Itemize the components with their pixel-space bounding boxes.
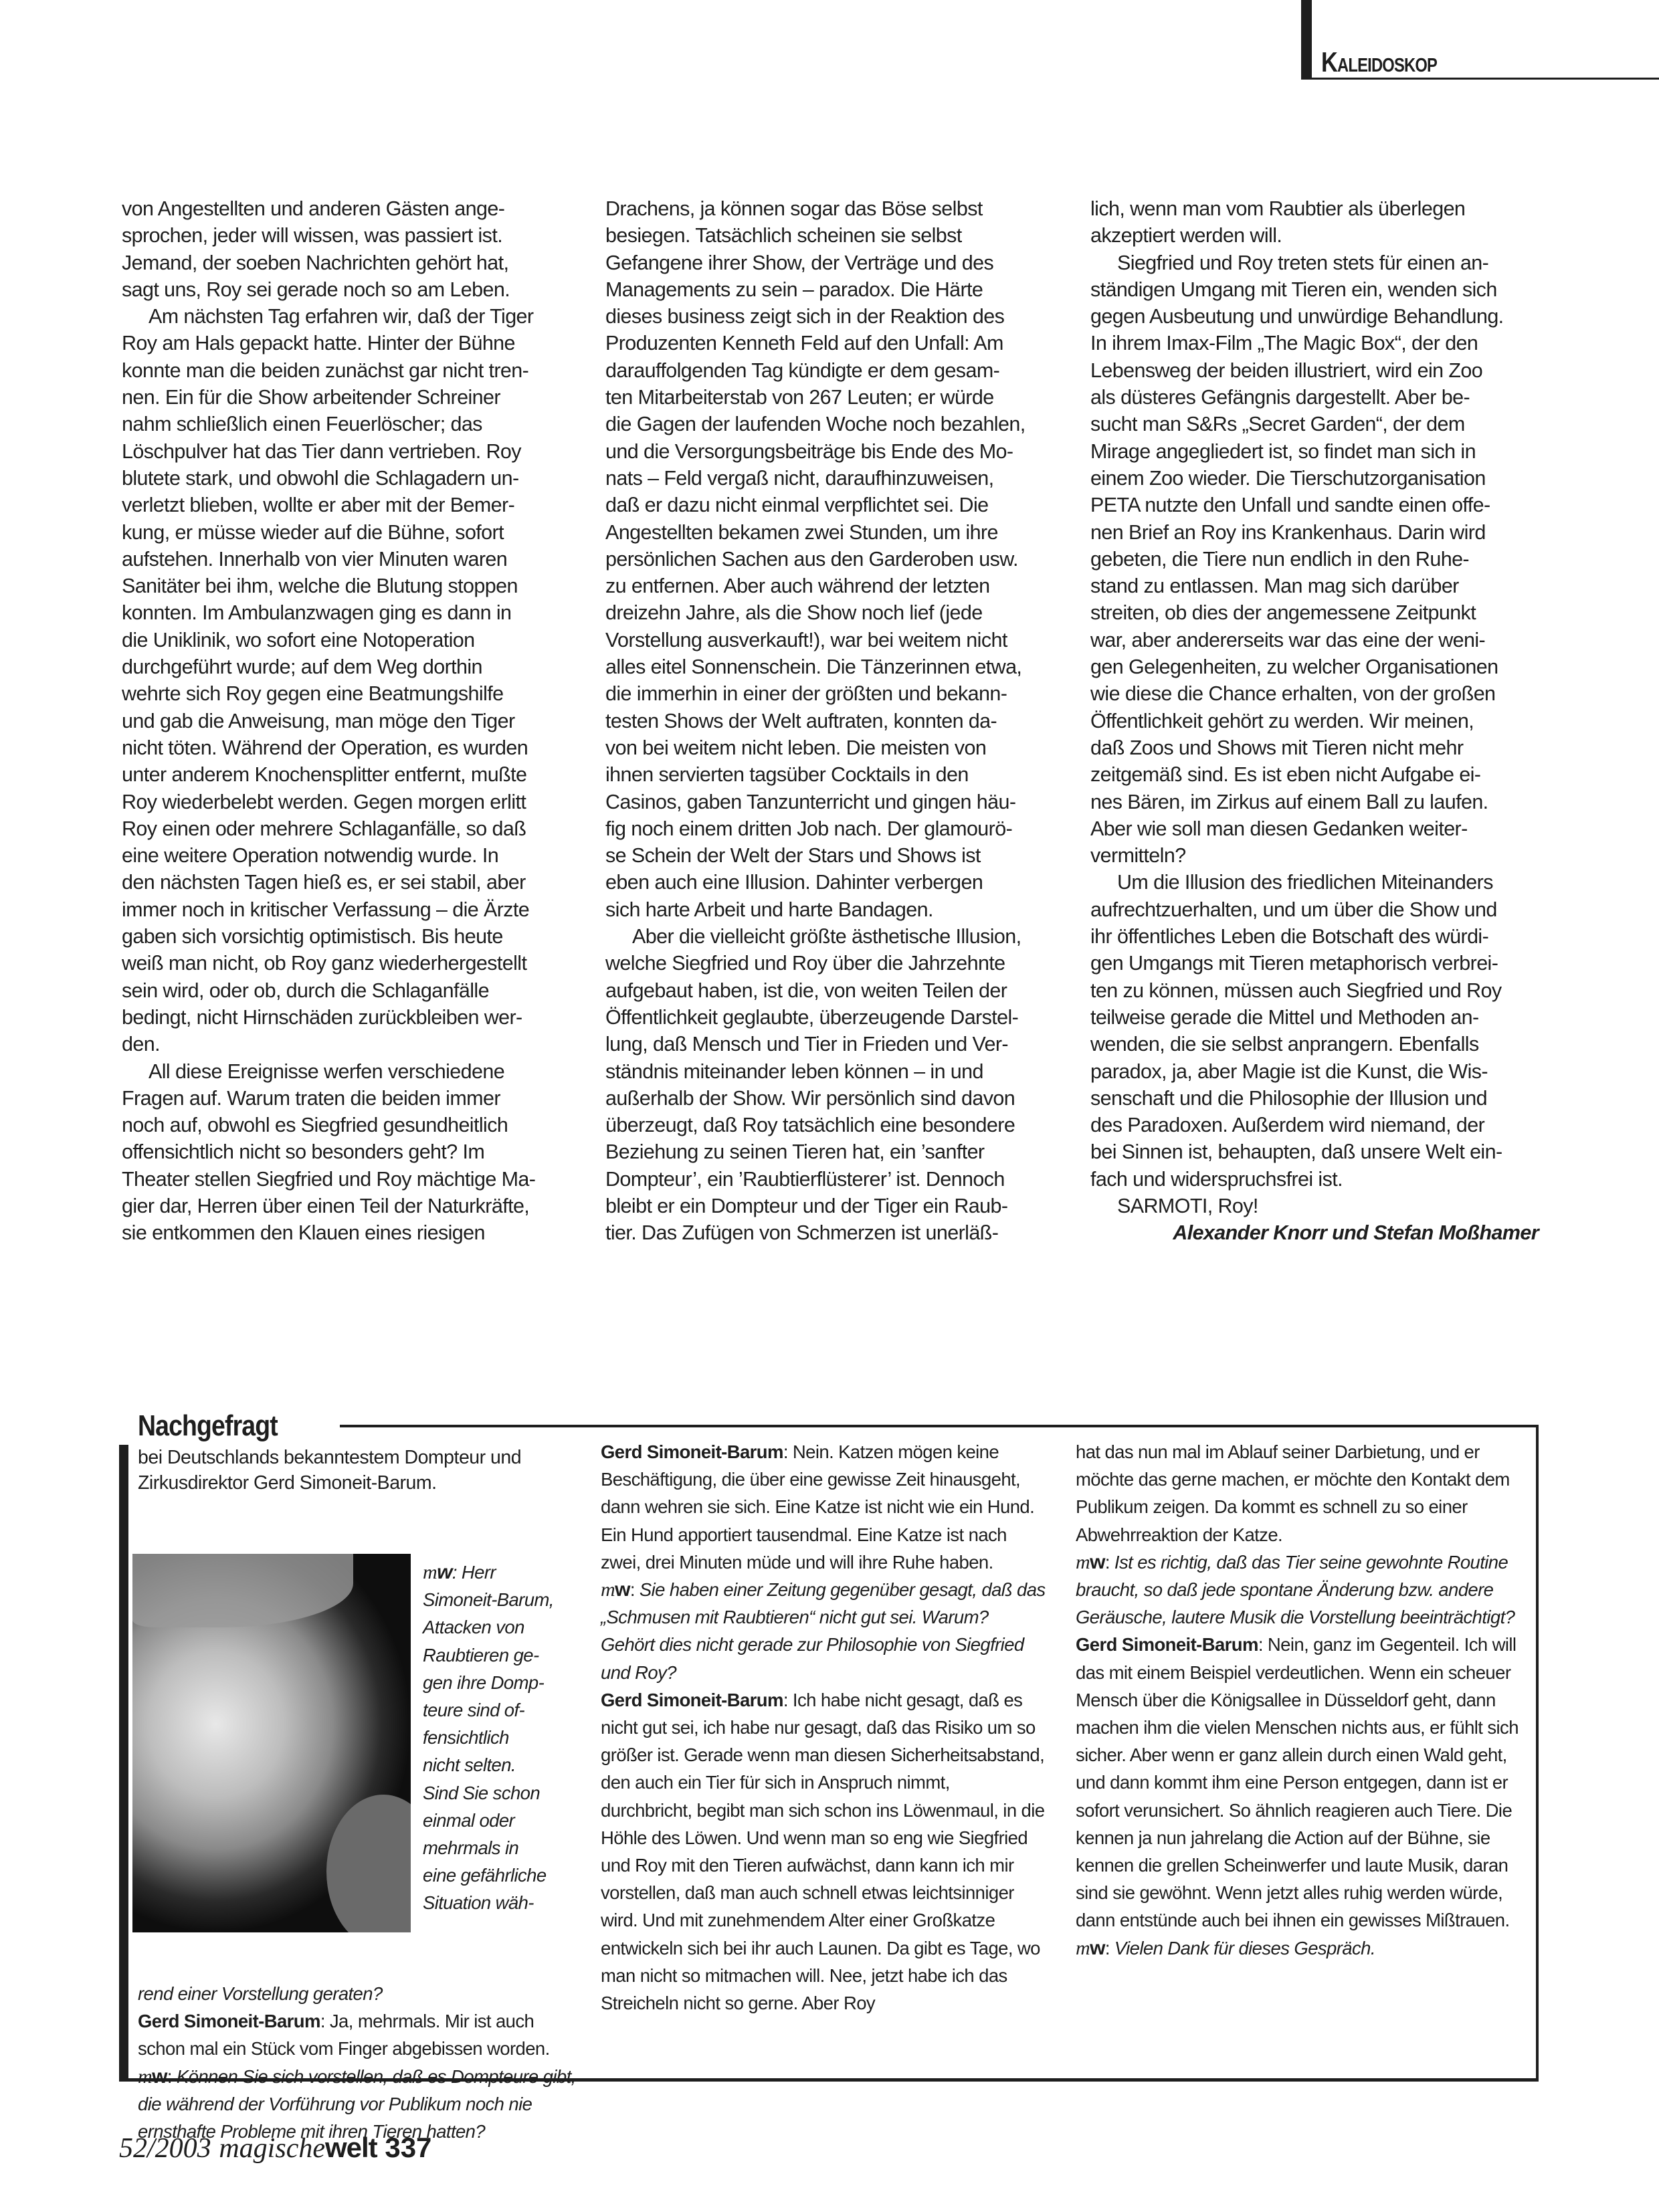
text-line: Roy am Hals gepackt hatte. Hinter der Bü… — [122, 330, 577, 357]
interview-answer-2: Gerd Simoneit-Barum: Nein. Katzen mögen … — [601, 1438, 1046, 1576]
interview-answer-4: Gerd Simoneit-Barum: Nein, ganz im Gegen… — [1076, 1631, 1521, 1934]
photo-hair-shape — [132, 1554, 353, 1627]
text-line: bei Sinnen ist, behaupten, daß unsere We… — [1090, 1138, 1552, 1165]
text-line: zeitgemäß sind. Es ist eben nicht Aufgab… — [1090, 761, 1552, 788]
text-line: offensichtlich nicht so besonders geht? … — [122, 1138, 577, 1165]
text-line: besiegen. Tatsächlich scheinen sie selbs… — [605, 222, 1060, 249]
text-line: sucht man S&Rs „Secret Garden“, der dem — [1090, 411, 1552, 437]
text-line: streiten, ob dies der angemessene Zeitpu… — [1090, 599, 1552, 626]
text-line: unter anderem Knochensplitter entfernt, … — [122, 761, 577, 788]
text-line: nats – Feld vergaß nicht, daraufhinzuwei… — [605, 465, 1060, 492]
interview-question-1-wrap: mw: HerrSimoneit-Barum,Attacken vonRaubt… — [423, 1559, 570, 1917]
interview-answer-3-tail: hat das nun mal im Ablauf seiner Darbiet… — [1076, 1438, 1521, 1548]
interview-subtitle: bei Deutschlands bekanntestem Dompteur u… — [138, 1445, 606, 1496]
text-line: nen. Ein für die Show arbeitender Schrei… — [122, 384, 577, 411]
text-line: vermitteln? — [1090, 842, 1552, 869]
text-line: war, aber andererseits war das eine der … — [1090, 627, 1552, 653]
text-line: Jemand, der soeben Nachrichten gehört ha… — [122, 249, 577, 276]
text-line: überzeugt, daß Roy tatsächlich eine beso… — [605, 1112, 1060, 1138]
text-line: bleibt er ein Dompteur und der Tiger ein… — [605, 1193, 1060, 1219]
text-line: gen Gelegenheiten, zu welcher Organisati… — [1090, 653, 1552, 680]
text-line: Casinos, gaben Tanzunterricht und gingen… — [605, 789, 1060, 815]
text-line: Dompteur’, ein ’Raubtierflüsterer’ ist. … — [605, 1166, 1060, 1193]
text-line: Angestellten bekamen zwei Stunden, um ih… — [605, 519, 1060, 546]
mw-label: mw — [423, 1562, 452, 1583]
text-line: von bei weitem nicht leben. Die meisten … — [605, 734, 1060, 761]
text-line: fig noch einem dritten Job nach. Der gla… — [605, 815, 1060, 842]
text-line: sich harte Arbeit und harte Bandagen. — [605, 896, 1060, 923]
text-line: sie entkommen den Klauen eines riesigen — [122, 1219, 577, 1246]
text-line: daß er dazu nicht einmal verpflichtet se… — [605, 492, 1060, 518]
section-header-bar — [1301, 0, 1312, 79]
text-line: Roy wiederbelebt werden. Gegen morgen er… — [122, 789, 577, 815]
text-line: SARMOTI, Roy! — [1090, 1193, 1552, 1219]
text-line: eine weitere Operation notwendig wurde. … — [122, 842, 577, 869]
text-line: den nächsten Tagen hieß es, er sei stabi… — [122, 869, 577, 896]
text-line: außerhalb der Show. Wir persönlich sind … — [605, 1085, 1060, 1112]
article-paragraph: SARMOTI, Roy! — [1090, 1193, 1552, 1219]
text-line: Theater stellen Siegfried und Roy mächti… — [122, 1166, 577, 1193]
text-line: ihnen servierten tagsüber Cocktails in d… — [605, 761, 1060, 788]
text-line: lung, daß Mensch und Tier in Frieden und… — [605, 1031, 1060, 1058]
text-line: ihr öffentliches Leben die Botschaft des… — [1090, 923, 1552, 950]
speaker-name: Gerd Simoneit-Barum — [1076, 1634, 1258, 1655]
text-line: kung, er müsse wieder auf die Bühne, sof… — [122, 519, 577, 546]
interview-answer-1: Gerd Simoneit-Barum: Ja, mehrmals. Mir i… — [138, 2007, 579, 2062]
text-line: Managements zu sein – paradox. Die Härte — [605, 276, 1060, 303]
interview-box-right-border — [1536, 1425, 1539, 2082]
text-line: senschaft und die Philosophie der Illusi… — [1090, 1085, 1552, 1112]
text-line: Drachens, ja können sogar das Böse selbs… — [605, 195, 1060, 222]
text-line: bedingt, nicht Hirnschäden zurückbleiben… — [122, 1004, 577, 1031]
interview-question-4: mw: Ist es richtig, daß das Tier seine g… — [1076, 1548, 1521, 1631]
text-line: Aber wie soll man diesen Gedanken weiter… — [1090, 815, 1552, 842]
text-line: Roy einen oder mehrere Schlaganfälle, so… — [122, 815, 577, 842]
text-line: des Paradoxen. Außerdem wird niemand, de… — [1090, 1112, 1552, 1138]
article-paragraph: Am nächsten Tag erfahren wir, daß der Ti… — [122, 303, 577, 1058]
text-line: lich, wenn man vom Raubtier als überlege… — [1090, 195, 1552, 222]
text-line: konnten. Im Ambulanzwagen ging es dann i… — [122, 599, 577, 626]
text-line: dieses business zeigt sich in der Reakti… — [605, 303, 1060, 330]
text-line: nahm schließlich einen Feuerlöscher; das — [122, 411, 577, 437]
text-line: und die Versorgungsbeiträge bis Ende des… — [605, 438, 1060, 465]
text-line: immer noch in kritischer Verfassung – di… — [122, 896, 577, 923]
text-line: aufgebaut haben, ist die, von weiten Tei… — [605, 977, 1060, 1004]
article-column-3: lich, wenn man vom Raubtier als überlege… — [1090, 195, 1552, 1247]
article-paragraph: Drachens, ja können sogar das Böse selbs… — [605, 195, 1060, 923]
text-line: Öffentlichkeit gehört zu werden. Wir mei… — [1090, 708, 1552, 734]
text-line: zu entfernen. Aber auch während der letz… — [605, 573, 1060, 599]
interview-question-5: mw: Vielen Dank für dieses Gespräch. — [1076, 1934, 1521, 1962]
text-line: blutete stark, und obwohl die Schlagader… — [122, 465, 577, 492]
text-line: einem Zoo wieder. Die Tierschutzorganisa… — [1090, 465, 1552, 492]
text-line: die Gagen der laufenden Woche noch bezah… — [605, 411, 1060, 437]
article-paragraph: Siegfried und Roy treten stets für einen… — [1090, 249, 1552, 870]
text-line: noch auf, obwohl es Siegfried gesundheit… — [122, 1112, 577, 1138]
interview-question-3: mw: Sie haben einer Zeitung gegenüber ge… — [601, 1576, 1046, 1686]
article-paragraph: Um die Illusion des friedlichen Miteinan… — [1090, 869, 1552, 1193]
text-line: den. — [122, 1031, 577, 1058]
text-line: se Schein der Welt der Stars und Shows i… — [605, 842, 1060, 869]
text-line: welche Siegfried und Roy über die Jahrze… — [605, 950, 1060, 977]
issue-number: 52/2003 — [119, 2133, 211, 2164]
text-line: sagt uns, Roy sei gerade noch so am Lebe… — [122, 276, 577, 303]
text-line: alles eitel Sonnenschein. Die Tänzerinne… — [605, 653, 1060, 680]
text-line: Fragen auf. Warum traten die beiden imme… — [122, 1085, 577, 1112]
text-line: fach und widerspruchsfrei ist. — [1090, 1166, 1552, 1193]
text-line: wie diese die Chance erhalten, von der g… — [1090, 680, 1552, 707]
text-line: nes Bären, im Zirkus auf einem Ball zu l… — [1090, 789, 1552, 815]
text-line: tier. Das Zufügen von Schmerzen ist uner… — [605, 1219, 1060, 1246]
text-line: Öffentlichkeit geglaubte, überzeugende D… — [605, 1004, 1060, 1031]
article-paragraph: Aber die vielleicht größte ästhetische I… — [605, 923, 1060, 1247]
text-line: weiß man nicht, ob Roy ganz wiederherges… — [122, 950, 577, 977]
text-line: Sanitäter bei ihm, welche die Blutung st… — [122, 573, 577, 599]
text-line: Um die Illusion des friedlichen Miteinan… — [1090, 869, 1552, 896]
text-line: gebeten, die Tiere nun endlich in den Ru… — [1090, 546, 1552, 573]
text-line: testen Shows der Welt auftraten, konnten… — [605, 708, 1060, 734]
interview-title: Nachgefragt — [138, 1411, 278, 1441]
text-line: Gefangene ihrer Show, der Verträge und d… — [605, 249, 1060, 276]
text-line: nicht töten. Während der Operation, es w… — [122, 734, 577, 761]
speaker-name: Gerd Simoneit-Barum — [138, 2011, 320, 2031]
article-column-1: von Angestellten und anderen Gästen ange… — [122, 195, 577, 1247]
interviewee-photo — [132, 1554, 411, 1932]
text-line: ständigen Umgang mit Tieren ein, wenden … — [1090, 276, 1552, 303]
page-number: 337 — [385, 2132, 431, 2163]
interview-answer-3: Gerd Simoneit-Barum: Ich habe nicht gesa… — [601, 1686, 1046, 2017]
magazine-name-part1: magische — [219, 2133, 325, 2164]
text-line: gen Umgangs mit Tieren metaphorisch verb… — [1090, 950, 1552, 977]
text-line: Am nächsten Tag erfahren wir, daß der Ti… — [122, 303, 577, 330]
text-line: darauffolgenden Tag kündigte er dem gesa… — [605, 357, 1060, 384]
text-line: konnte man die beiden zunächst gar nicht… — [122, 357, 577, 384]
text-line: ständnis miteinander leben können – in u… — [605, 1058, 1060, 1085]
text-line: von Angestellten und anderen Gästen ange… — [122, 195, 577, 222]
section-title: Kaleidoskop — [1321, 48, 1437, 76]
text-line: nen Brief an Roy ins Krankenhaus. Darin … — [1090, 519, 1552, 546]
text-line: die Uniklinik, wo sofort eine Notoperati… — [122, 627, 577, 653]
text-line: eben auch eine Illusion. Dahinter verber… — [605, 869, 1060, 896]
text-line: Siegfried und Roy treten stets für einen… — [1090, 249, 1552, 276]
text-line: wenden, die sie selbst anprangern. Ebenf… — [1090, 1031, 1552, 1058]
text-line: sein wird, oder ob, durch die Schlaganfä… — [122, 977, 577, 1004]
microphone-shape — [326, 1795, 411, 1932]
text-line: All diese Ereignisse werfen verschiedene — [122, 1058, 577, 1085]
speaker-name: Gerd Simoneit-Barum — [601, 1690, 783, 1710]
article-paragraph: von Angestellten und anderen Gästen ange… — [122, 195, 577, 303]
interview-box-top-rule — [340, 1425, 1539, 1427]
article-paragraph: lich, wenn man vom Raubtier als überlege… — [1090, 195, 1552, 249]
text-line: paradox, ja, aber Magie ist die Kunst, d… — [1090, 1058, 1552, 1085]
text-line: Aber die vielleicht größte ästhetische I… — [605, 923, 1060, 950]
text-line: sprochen, jeder will wissen, was passier… — [122, 222, 577, 249]
text-line: ten Mitarbeiterstab von 267 Leuten; er w… — [605, 384, 1060, 411]
text-line: ten zu können, müssen auch Siegfried und… — [1090, 977, 1552, 1004]
page-footer: 52/2003 magischewelt 337 — [119, 2134, 431, 2163]
text-line: In ihrem Imax-Film „The Magic Box“, der … — [1090, 330, 1552, 357]
text-line: gaben sich vorsichtig optimistisch. Bis … — [122, 923, 577, 950]
text-line: daß Zoos und Shows mit Tieren nicht mehr — [1090, 734, 1552, 761]
interview-question-1-tail: rend einer Vorstellung geraten? — [138, 1980, 579, 2007]
text-line: Beziehung zu seinen Tieren hat, ein ’san… — [605, 1138, 1060, 1165]
text-line: durchgeführt wurde; auf dem Weg dorthin — [122, 653, 577, 680]
text-line: stand zu entlassen. Man mag sich darüber — [1090, 573, 1552, 599]
section-header-rule — [1301, 78, 1659, 80]
interview-column-2: Gerd Simoneit-Barum: Nein. Katzen mögen … — [601, 1438, 1046, 2017]
interview-box-left-border — [119, 1445, 128, 2082]
text-line: Löschpulver hat das Tier dann vertrieben… — [122, 438, 577, 465]
text-line: Produzenten Kenneth Feld auf den Unfall:… — [605, 330, 1060, 357]
text-line: teilweise gerade die Mittel und Methoden… — [1090, 1004, 1552, 1031]
text-line: und gab die Anweisung, man möge den Tige… — [122, 708, 577, 734]
text-line: Lebensweg der beiden illustriert, wird e… — [1090, 357, 1552, 384]
text-line: die immerhin in einer der größten und be… — [605, 680, 1060, 707]
text-line: Vorstellung ausverkauft!), war bei weite… — [605, 627, 1060, 653]
interview-column-3: hat das nun mal im Ablauf seiner Darbiet… — [1076, 1438, 1521, 1962]
article-column-2: Drachens, ja können sogar das Böse selbs… — [605, 195, 1060, 1247]
text-line: verletzt blieben, wollte er aber mit der… — [122, 492, 577, 518]
text-line: persönlichen Sachen aus den Garderoben u… — [605, 546, 1060, 573]
text-line: aufrechtzuerhalten, und um über die Show… — [1090, 896, 1552, 923]
text-line: aufstehen. Innerhalb von vier Minuten wa… — [122, 546, 577, 573]
text-line: gier dar, Herren über einen Teil der Nat… — [122, 1193, 577, 1219]
text-line: Mirage angegliedert ist, so findet man s… — [1090, 438, 1552, 465]
magazine-name-part2: welt — [325, 2132, 377, 2163]
text-line: gegen Ausbeutung und unwürdige Behandlun… — [1090, 303, 1552, 330]
text-line: als düsteres Gefängnis dargestellt. Aber… — [1090, 384, 1552, 411]
text-line: wehrte sich Roy gegen eine Beatmungshilf… — [122, 680, 577, 707]
speaker-name: Gerd Simoneit-Barum — [601, 1441, 783, 1462]
author-signature: Alexander Knorr und Stefan Moßhamer — [1090, 1219, 1552, 1246]
text-line: PETA nutzte den Unfall und sandte einen … — [1090, 492, 1552, 518]
interview-column-1: rend einer Vorstellung geraten? Gerd Sim… — [138, 1980, 579, 2145]
article-paragraph: All diese Ereignisse werfen verschiedene… — [122, 1058, 577, 1247]
text-line: akzeptiert werden will. — [1090, 222, 1552, 249]
text-line: dreizehn Jahre, als die Show noch lief (… — [605, 599, 1060, 626]
